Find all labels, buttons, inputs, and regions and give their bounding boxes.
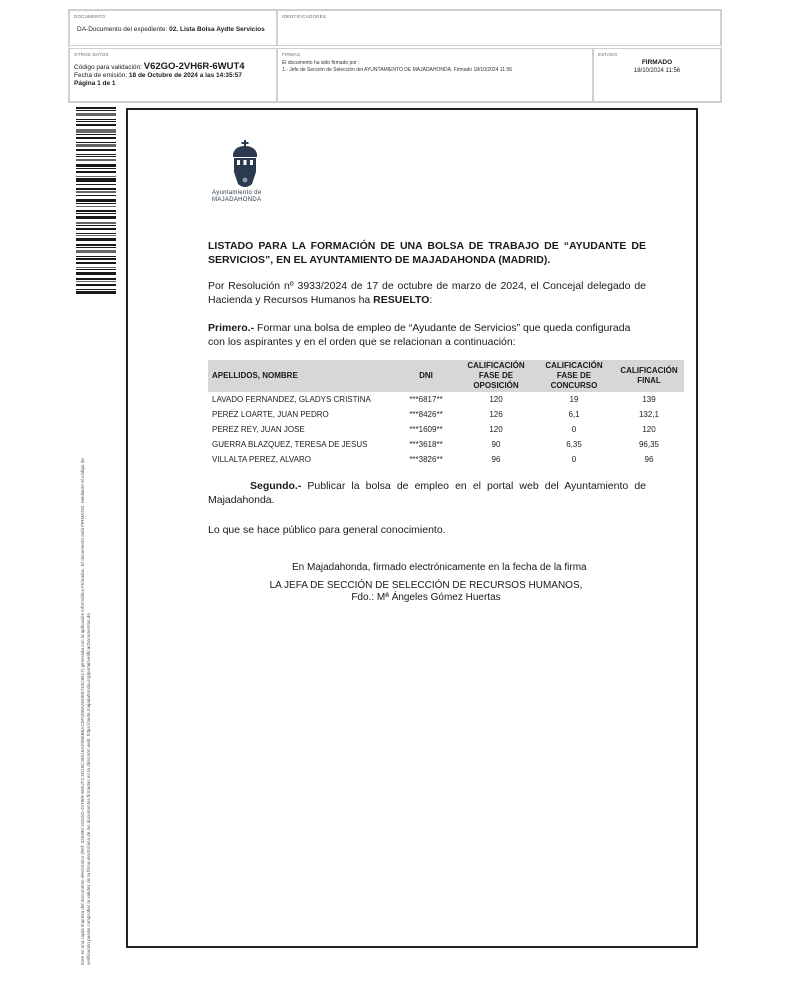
cell-concurso: 6,1	[534, 407, 614, 422]
cell-dni: ***3618**	[394, 437, 458, 452]
cell-concurso: 6,35	[534, 437, 614, 452]
primero-paragraph: Primero.- Formar una bolsa de empleo de …	[208, 322, 648, 349]
signature-place: En Majadahonda, firmado electrónicamente…	[292, 561, 587, 574]
documento-caption: DOCUMENTO	[74, 14, 105, 19]
candidates-table: APELLIDOS, NOMBRE DNI CALIFICACIÓN FASE …	[208, 360, 684, 467]
cell-final: 139	[614, 392, 684, 407]
firmas-caption: FIRMAS	[282, 52, 300, 57]
document-metadata-header: DOCUMENTO DA-Documento del expediente: 0…	[68, 9, 722, 103]
codigo-validacion: Código para validación: V62GO-2VH6R-6WUT…	[74, 63, 245, 72]
cell-nombre: LAVADO FERNANDEZ, GLADYS CRISTINA	[208, 392, 394, 407]
resolucion-paragraph: Por Resolución nº 3933/2024 de 17 de oct…	[208, 280, 646, 307]
table-row: GUERRA BLAZQUEZ, TERESA DE JESUS***3618*…	[208, 437, 684, 452]
documento-description: DA-Documento del expediente: 02. Lista B…	[77, 26, 265, 34]
identificadores-cell: IDENTIFICADORES	[277, 10, 721, 46]
fecha-value: 18 de Octubre de 2024 a las 14:35:57	[129, 72, 242, 79]
barcode-icon	[76, 107, 116, 277]
col-fase-oposicion: CALIFICACIÓN FASE DE OPOSICIÓN	[458, 360, 534, 392]
signature-block: LA JEFA DE SECCIÓN DE SELECCIÓN DE RECUR…	[258, 580, 594, 604]
col-apellidos-nombre: APELLIDOS, NOMBRE	[208, 360, 394, 392]
cell-nombre: GUERRA BLAZQUEZ, TERESA DE JESUS	[208, 437, 394, 452]
documento-name: 02. Lista Bolsa Aydte Servicios	[169, 26, 265, 33]
cell-concurso: 19	[534, 392, 614, 407]
table-row: PEREZ LOARTE, JUAN PEDRO***8426**1266,11…	[208, 407, 684, 422]
publico-paragraph: Lo que se hace público para general cono…	[208, 524, 646, 538]
cell-nombre: VILLALTA PEREZ, ALVARO	[208, 452, 394, 467]
segundo-paragraph: Segundo.- Publicar la bolsa de empleo en…	[208, 480, 646, 507]
col-final: CALIFICACIÓN FINAL	[614, 360, 684, 392]
estado-caption: ESTADO	[598, 52, 617, 57]
page-count: Página 1 de 1	[74, 80, 116, 87]
firmas-cell: FIRMAS El documento ha sido firmado por …	[277, 48, 593, 102]
cell-dni: ***6817**	[394, 392, 458, 407]
logo-line1: Ayuntamiento de	[212, 190, 280, 197]
cell-final: 132,1	[614, 407, 684, 422]
document-title: LISTADO PARA LA FORMACIÓN DE UNA BOLSA D…	[208, 240, 646, 267]
cell-oposicion: 96	[458, 452, 534, 467]
table-row: VILLALTA PEREZ, ALVARO***3826**96096	[208, 452, 684, 467]
otros-datos-cell: OTROS DATOS Código para validación: V62G…	[69, 48, 277, 102]
cell-final: 120	[614, 422, 684, 437]
signature-name: Fdo.: Mª Ángeles Gómez Huertas	[258, 592, 594, 604]
fecha-emision: Fecha de emisión: 18 de Octubre de 2024 …	[74, 72, 245, 80]
col-dni: DNI	[394, 360, 458, 392]
cell-oposicion: 120	[458, 422, 534, 437]
codigo-value: V62GO-2VH6R-6WUT4	[144, 61, 245, 72]
ayuntamiento-logo: Ayuntamiento de MAJADAHONDA	[210, 140, 280, 204]
otros-datos-caption: OTROS DATOS	[74, 52, 109, 57]
table-header-row: APELLIDOS, NOMBRE DNI CALIFICACIÓN FASE …	[208, 360, 684, 392]
cell-dni: ***1609**	[394, 422, 458, 437]
identificadores-caption: IDENTIFICADORES	[282, 14, 326, 19]
cell-oposicion: 126	[458, 407, 534, 422]
estado-cell: ESTADO FIRMADO 18/10/2024 11:56	[593, 48, 721, 102]
cell-oposicion: 90	[458, 437, 534, 452]
table-row: PEREZ REY, JUAN JOSE***1609**1200120	[208, 422, 684, 437]
cell-dni: ***8426**	[394, 407, 458, 422]
table-row: LAVADO FERNANDEZ, GLADYS CRISTINA***6817…	[208, 392, 684, 407]
cell-final: 96	[614, 452, 684, 467]
cell-final: 96,35	[614, 437, 684, 452]
estado-value: FIRMADO	[642, 59, 672, 66]
documento-cell: DOCUMENTO DA-Documento del expediente: 0…	[69, 10, 277, 46]
cell-nombre: PEREZ LOARTE, JUAN PEDRO	[208, 407, 394, 422]
signature-role: LA JEFA DE SECCIÓN DE SELECCIÓN DE RECUR…	[258, 580, 594, 592]
cell-oposicion: 120	[458, 392, 534, 407]
crown-tower-emblem-icon	[227, 140, 263, 190]
cell-nombre: PEREZ REY, JUAN JOSE	[208, 422, 394, 437]
cell-dni: ***3826**	[394, 452, 458, 467]
cell-concurso: 0	[534, 422, 614, 437]
verification-side-text: Este es una copia impresa del documento …	[80, 295, 92, 965]
estado-date: 18/10/2024 11:56	[594, 67, 720, 75]
col-fase-concurso: CALIFICACIÓN FASE DE CONCURSO	[534, 360, 614, 392]
cell-concurso: 0	[534, 452, 614, 467]
firma-entry: 1.- Jefe de Sección de Selección del AYU…	[282, 67, 512, 74]
logo-line2: MAJADAHONDA	[212, 197, 280, 204]
